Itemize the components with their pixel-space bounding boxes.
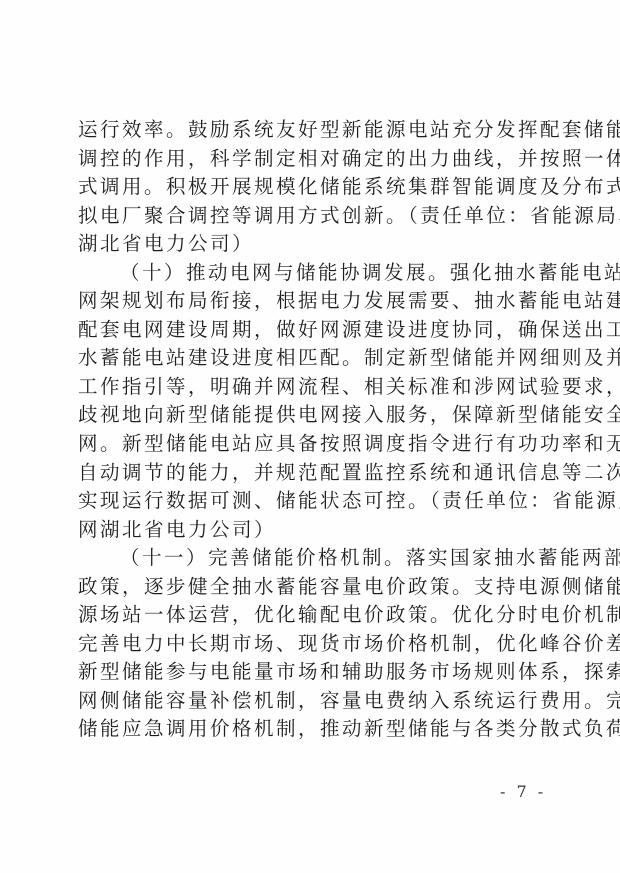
text-line: 配套电网建设周期，做好网源建设进度协同，确保送出工程与抽 — [78, 316, 544, 345]
paragraph-heading-line: （十一）完善储能价格机制。落实国家抽水蓄能两部制电价 — [78, 544, 544, 573]
text-line: 网架规划布局衔接，根据电力发展需要、抽水蓄能电站建设进度、 — [78, 287, 544, 316]
text-line: 网湖北省电力公司） — [78, 516, 544, 545]
text-line: 储能应急调用价格机制，推动新型储能与各类分散式负荷资源聚 — [78, 715, 544, 744]
text-line: 歧视地向新型储能提供电网接入服务，保障新型储能安全高效并 — [78, 401, 544, 430]
text-line: 实现运行数据可测、储能状态可控。（责任单位：省能源局、国 — [78, 487, 544, 516]
text-line: 新型储能参与电能量市场和辅助服务市场规则体系，探索建立电 — [78, 658, 544, 687]
text-line: 式调用。积极开展规模化储能系统集群智能调度及分布式储能虚 — [78, 173, 544, 202]
document-page: 运行效率。鼓励系统友好型新能源电站充分发挥配套储能和智慧调控的作用，科学制定相对… — [0, 0, 620, 873]
text-line: 网侧储能容量补偿机制，容量电费纳入系统运行费用。完善新型 — [78, 687, 544, 716]
text-line: 调控的作用，科学制定相对确定的出力曲线，并按照一体化的方 — [78, 145, 544, 174]
text-line: 运行效率。鼓励系统友好型新能源电站充分发挥配套储能和智慧 — [78, 116, 544, 145]
text-line: 自动调节的能力，并规范配置监控系统和通讯信息等二次系统， — [78, 459, 544, 488]
text-line: 湖北省电力公司） — [78, 230, 544, 259]
text-line: 完善电力中长期市场、现货市场价格机制，优化峰谷价差，健全 — [78, 630, 544, 659]
paragraph-heading-line: （十）推动电网与储能协调发展。强化抽水蓄能电站与电网 — [78, 259, 544, 288]
page-number: - 7 - — [500, 782, 544, 801]
body-text: 运行效率。鼓励系统友好型新能源电站充分发挥配套储能和智慧调控的作用，科学制定相对… — [78, 116, 544, 744]
text-line: 工作指引等，明确并网流程、相关标准和涉网试验要求，公平无 — [78, 373, 544, 402]
text-line: 政策，逐步健全抽水蓄能容量电价政策。支持电源侧储能与新能 — [78, 573, 544, 602]
text-line: 拟电厂聚合调控等调用方式创新。（责任单位：省能源局、国网 — [78, 202, 544, 231]
text-line: 源场站一体运营，优化输配电价政策。优化分时电价机制，不断 — [78, 601, 544, 630]
text-line: 网。新型储能电站应具备按照调度指令进行有功功率和无功功率 — [78, 430, 544, 459]
text-line: 水蓄能电站建设进度相匹配。制定新型储能并网细则及并网服务 — [78, 344, 544, 373]
